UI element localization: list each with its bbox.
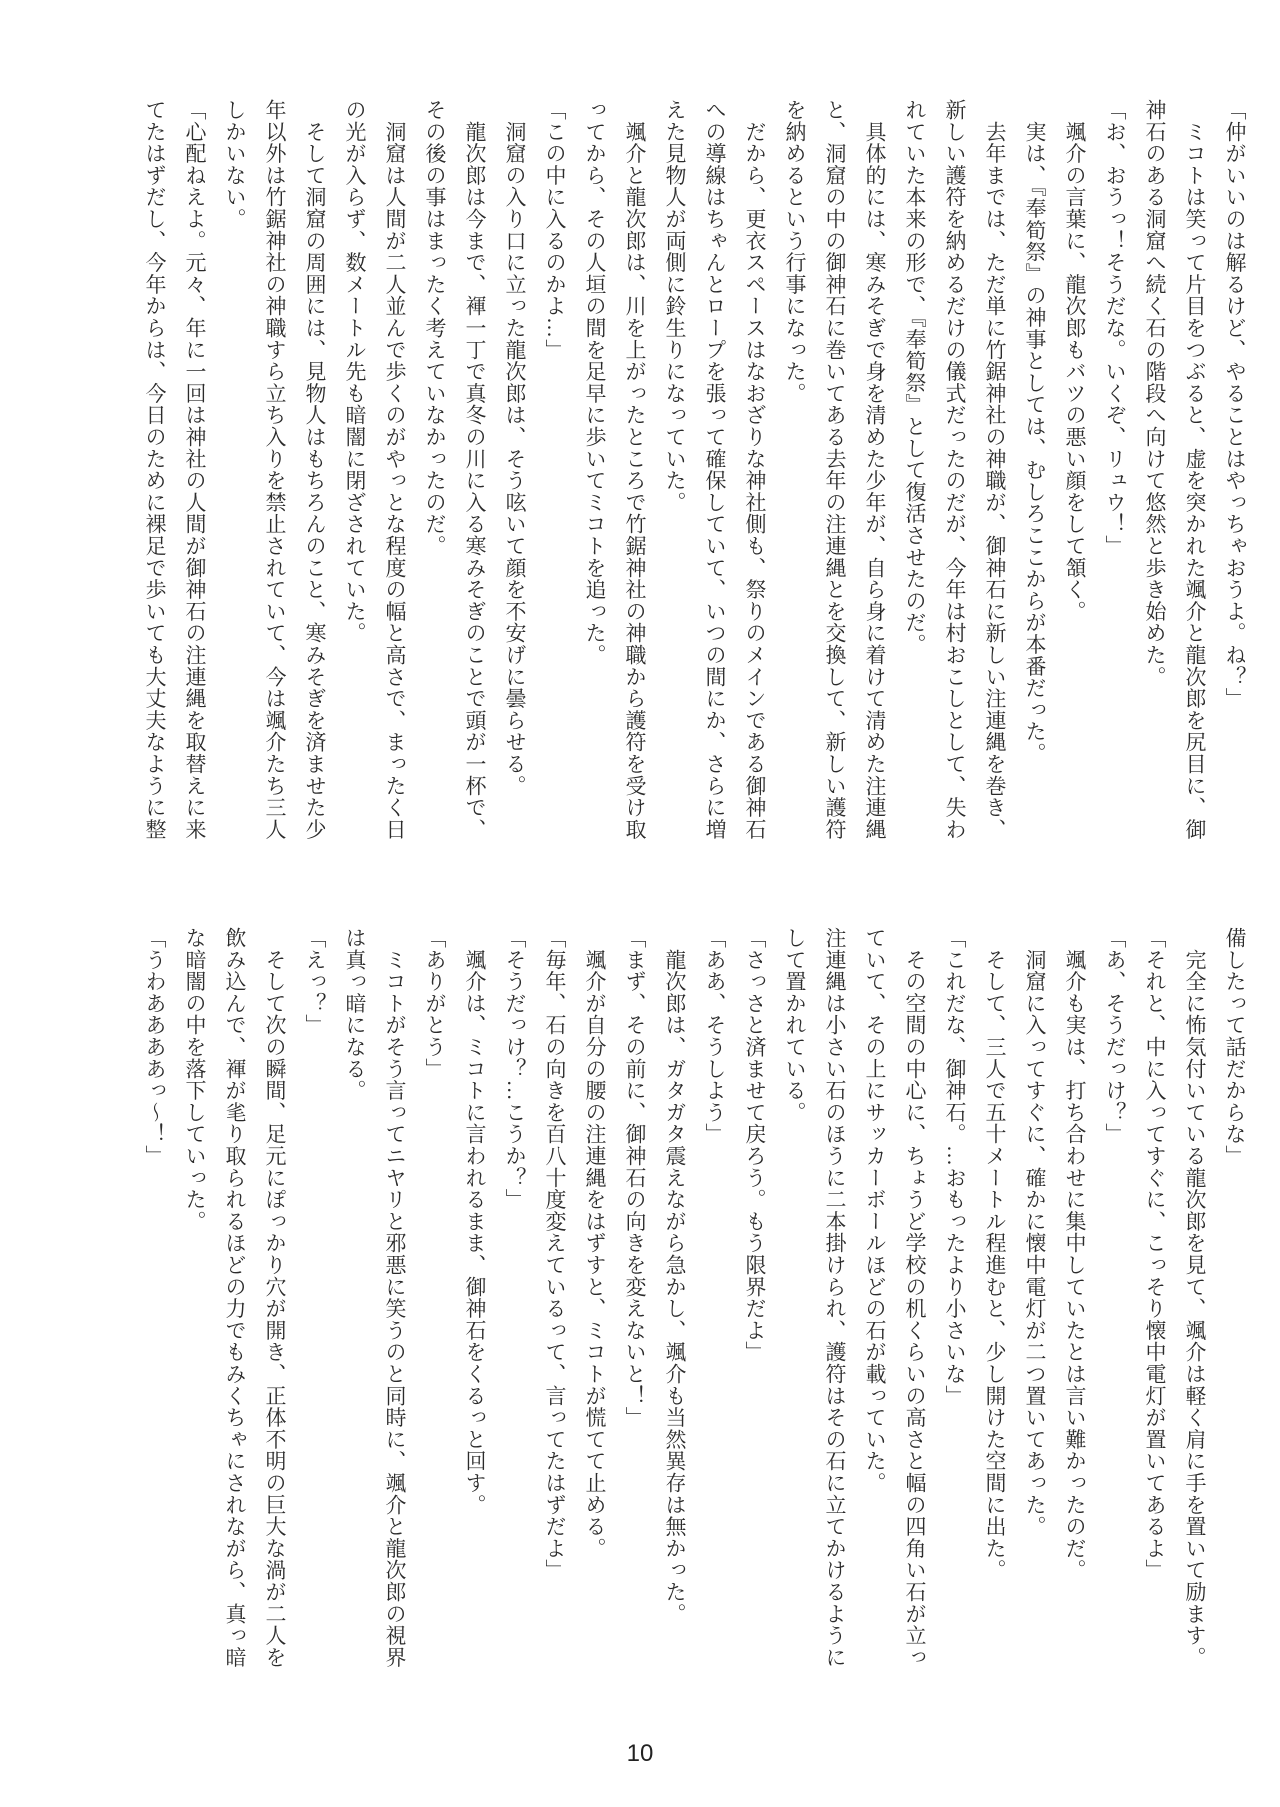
text-line: 備したって話だからな」 [1215,927,1255,1669]
text-line: えた見物人が両側に鈴生りになっていた。 [655,99,695,841]
text-line: 「お、おうっ！そうだな。いくぞ、リュウ！」 [1095,99,1135,841]
text-line: そして、三人で五十メートル程進むと、少し開けた空間に出た。 [975,927,1015,1669]
text-line: 新しい護符を納めるだけの儀式だったのだが、今年は村おこしとして、失わ [935,99,975,841]
text-line: 飲み込んで、褌が毟り取られるほどの力でもみくちゃにされながら、真っ暗 [215,927,255,1669]
text-line: 颯介も実は、打ち合わせに集中していたとは言い難かったのだ。 [1055,927,1095,1669]
text-line: への導線はちゃんとロープを張って確保していて、いつの間にか、さらに増 [695,99,735,841]
text-line: 龍次郎は、ガタガタ震えながら急かし、颯介も当然異存は無かった。 [655,927,695,1669]
text-line: 「まず、その前に、御神石の向きを変えないと！」 [615,927,655,1669]
text-line: 「そうだっけ？…こうか？」 [495,927,535,1669]
text-line: な暗闇の中を落下していった。 [175,927,215,1669]
text-line: れていた本来の形で、『奉筍祭』として復活させたのだ。 [895,99,935,841]
text-line: を納めるという行事になった。 [775,99,815,841]
document-page: 「仲がいいのは解るけど、やることはやっちゃおうよ。ね？」 ミコトは笑って片目をつ… [0,0,1280,1807]
text-line: は真っ暗になる。 [335,927,375,1669]
text-line: 「ありがとう」 [415,927,455,1669]
text-line: 洞窟に入ってすぐに、確かに懐中電灯が二つ置いてあった。 [1015,927,1055,1669]
text-line: 颯介の言葉に、龍次郎もバツの悪い顔をして頷く。 [1055,99,1095,841]
text-line: と、洞窟の中の御神石に巻いてある去年の注連縄とを交換して、新しい護符 [815,99,855,841]
text-line: 「この中に入るのかよ…」 [535,99,575,841]
text-line: 具体的には、寒みそぎで身を清めた少年が、自ら身に着けて清めた注連縄 [855,99,895,841]
text-line: 「心配ねえよ。元々、年に一回は神社の人間が御神石の注連縄を取替えに来 [175,99,215,841]
text-line: 「毎年、石の向きを百八十度変えているって、言ってたはずだよ」 [535,927,575,1669]
text-line: 「仲がいいのは解るけど、やることはやっちゃおうよ。ね？」 [1215,99,1255,841]
text-line: 実は、『奉筍祭』の神事としては、むしろここからが本番だった。 [1015,99,1055,841]
text-line: 「うわああああっ～！」 [135,927,175,1669]
text-line: 「さっさと済ませて戻ろう。もう限界だよ」 [735,927,775,1669]
text-line: 颯介が自分の腰の注連縄をはずすと、ミコトが慌てて止める。 [575,927,615,1669]
text-line: だから、更衣スペースはなおざりな神社側も、祭りのメインである御神石 [735,99,775,841]
top-text-block: 「仲がいいのは解るけど、やることはやっちゃおうよ。ね？」 ミコトは笑って片目をつ… [135,99,1255,841]
text-line: の光が入らず、数メートル先も暗闇に閉ざされていた。 [335,99,375,841]
text-line: 颯介は、ミコトに言われるまま、御神石をくるっと回す。 [455,927,495,1669]
text-line: そして洞窟の周囲には、見物人はもちろんのこと、寒みそぎを済ませた少 [295,99,335,841]
text-line: 洞窟の入り口に立った龍次郎は、そう呟いて顔を不安げに曇らせる。 [495,99,535,841]
text-line: 「ああ、そうしよう」 [695,927,735,1669]
text-line: しかいない。 [215,99,255,841]
text-line: ってから、その人垣の間を足早に歩いてミコトを追った。 [575,99,615,841]
text-line: 「それと、中に入ってすぐに、こっそり懐中電灯が置いてあるよ」 [1135,927,1175,1669]
text-line: てたはずだし、今年からは、今日のために裸足で歩いても大丈夫なように整 [135,99,175,841]
text-line: 「これだな、御神石。…おもったより小さいな」 [935,927,975,1669]
text-line: その後の事はまったく考えていなかったのだ。 [415,99,455,841]
text-line: そして次の瞬間、足元にぽっかり穴が開き、正体不明の巨大な渦が二人を [255,927,295,1669]
text-line: ていて、その上にサッカーボールほどの石が載っていた。 [855,927,895,1669]
text-line: 年以外は竹鋸神社の神職すら立ち入りを禁止されていて、今は颯介たち三人 [255,99,295,841]
text-line: ミコトは笑って片目をつぶると、虚を突かれた颯介と龍次郎を尻目に、御 [1175,99,1215,841]
text-line: して置かれている。 [775,927,815,1669]
text-line: 「えっ？」 [295,927,335,1669]
text-line: 洞窟は人間が二人並んで歩くのがやっとな程度の幅と高さで、まったく日 [375,99,415,841]
text-line: 神石のある洞窟へ続く石の階段へ向けて悠然と歩き始めた。 [1135,99,1175,841]
text-line: 去年までは、ただ単に竹鋸神社の神職が、御神石に新しい注連縄を巻き、 [975,99,1015,841]
text-line: 完全に怖気付いている龍次郎を見て、颯介は軽く肩に手を置いて励ます。 [1175,927,1215,1669]
text-line: 注連縄は小さい石のほうに二本掛けられ、護符はその石に立てかけるように [815,927,855,1669]
text-line: ミコトがそう言ってニヤリと邪悪に笑うのと同時に、颯介と龍次郎の視界 [375,927,415,1669]
text-line: 颯介と龍次郎は、川を上がったところで竹鋸神社の神職から護符を受け取 [615,99,655,841]
page-number: 10 [0,1740,1280,1768]
text-line: 「あ、そうだっけ？」 [1095,927,1135,1669]
text-line: その空間の中心に、ちょうど学校の机くらいの高さと幅の四角い石が立っ [895,927,935,1669]
text-line: 龍次郎は今まで、褌一丁で真冬の川に入る寒みそぎのことで頭が一杯で、 [455,99,495,841]
bottom-text-block: 備したって話だからな」 完全に怖気付いている龍次郎を見て、颯介は軽く肩に手を置い… [135,927,1255,1669]
